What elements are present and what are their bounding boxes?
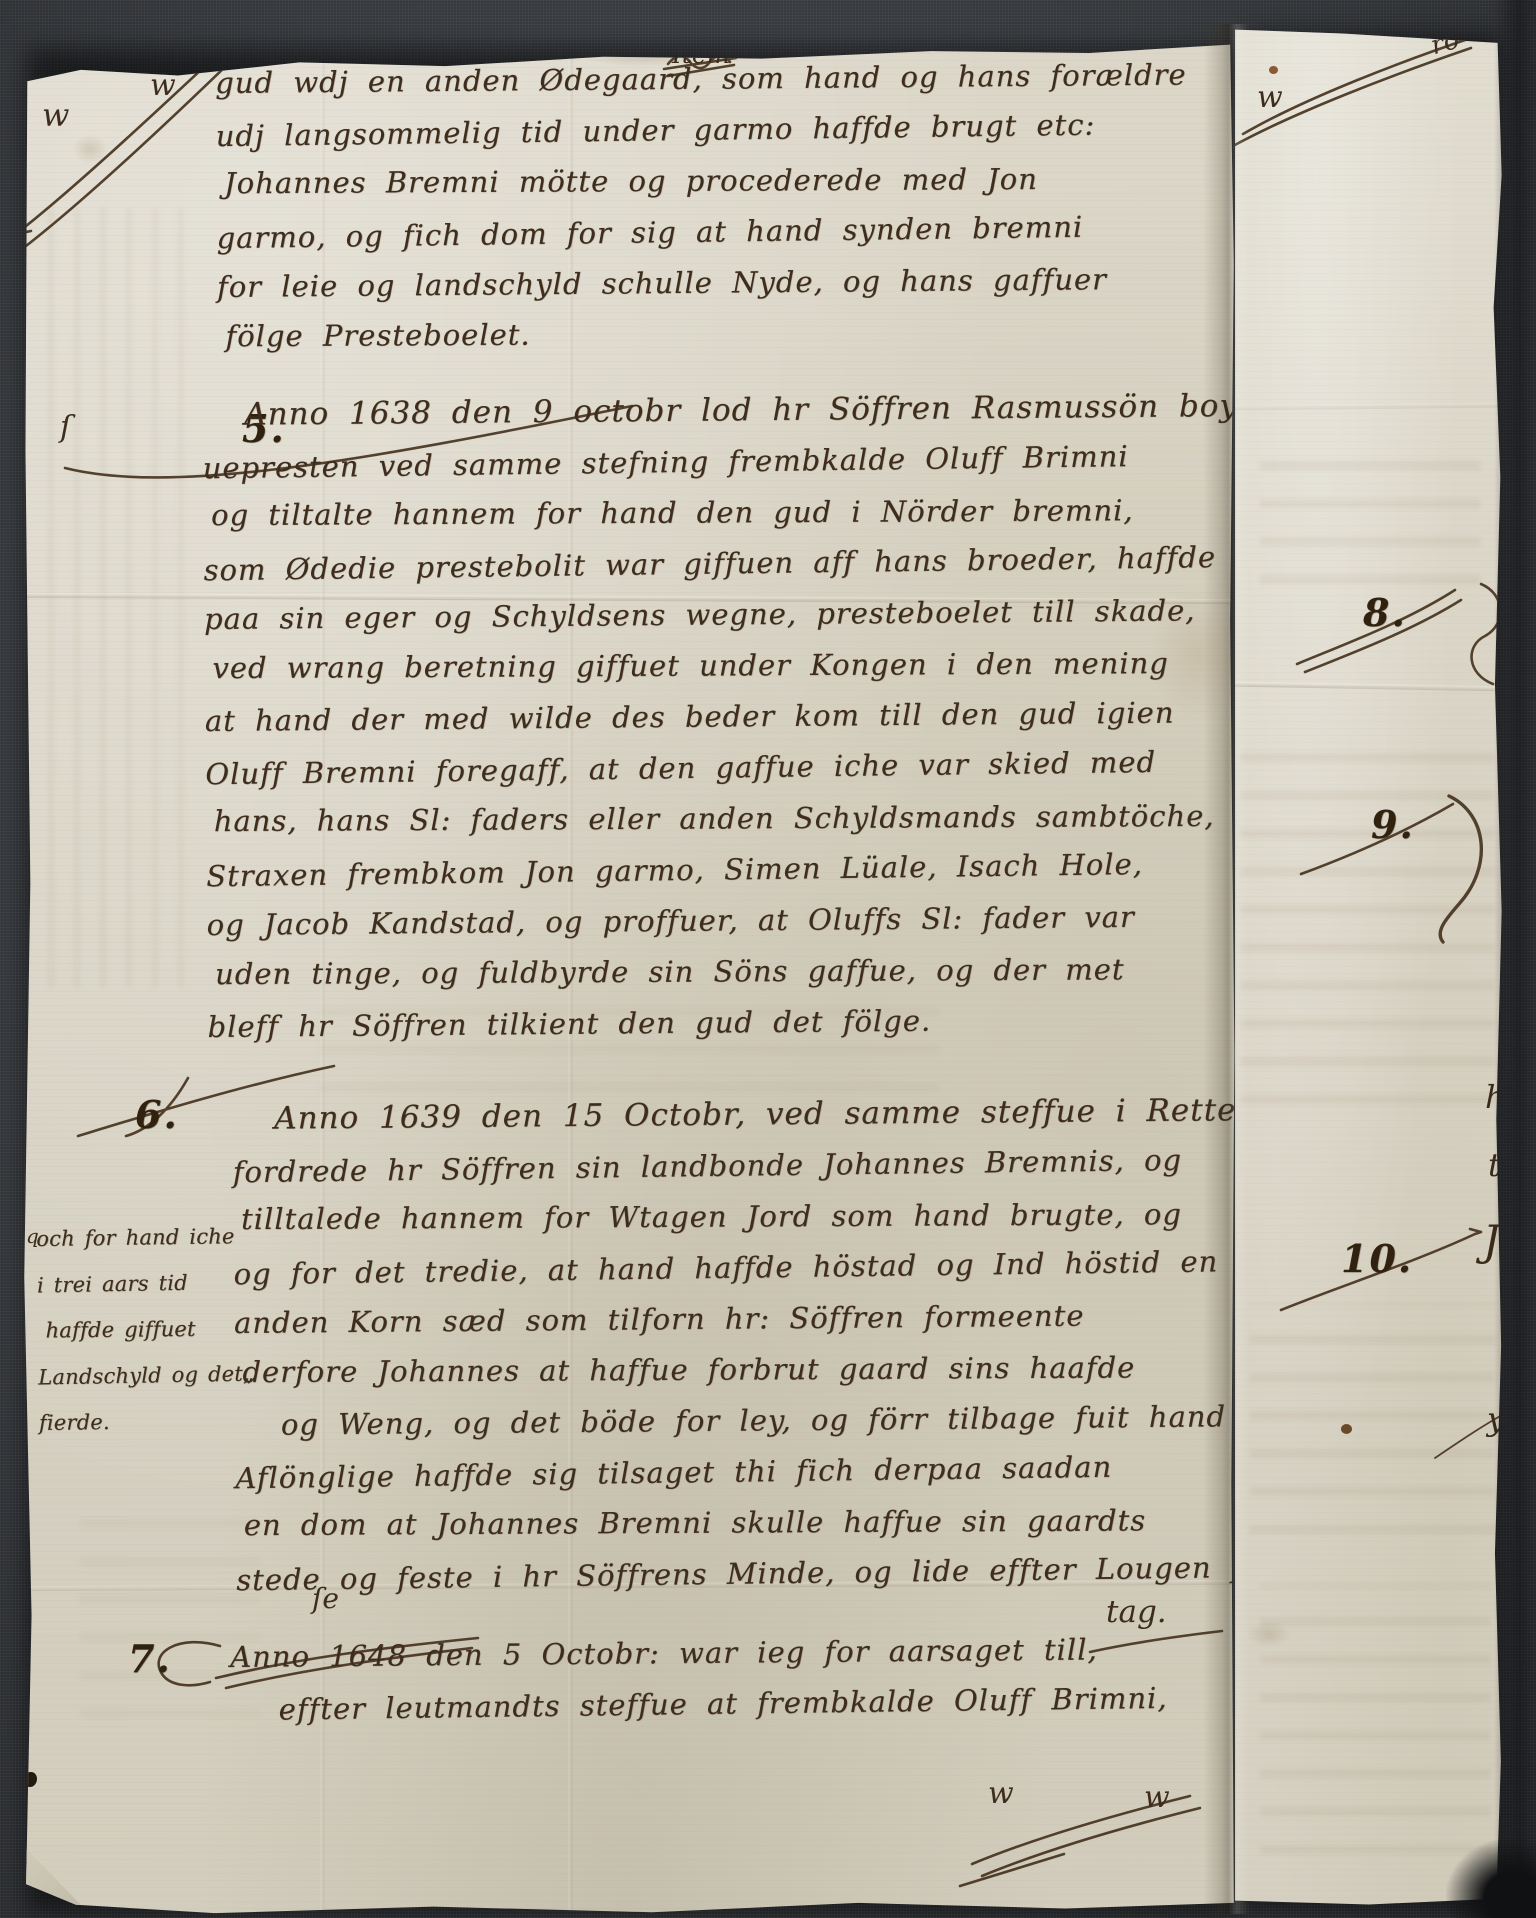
page-fold-shadow (1203, 24, 1249, 1914)
handwriting-line: en dom at Johannes Bremni skulle haffue … (244, 1495, 1276, 1551)
handwriting-line: bleff hr Söffren tilkient den gud det fö… (207, 993, 1255, 1053)
section-number-7: 7. (128, 1636, 172, 1681)
edge-mark: ſ (60, 410, 71, 445)
handwriting-line: fölge Presteboelet. (225, 306, 1189, 362)
handwriting-line: udj langsommelig tid under garmo haffde … (215, 98, 1187, 162)
margin-note: och for hand ichei trei aars tidhaffde g… (36, 1213, 255, 1446)
intro-paragraph: gud wdj en anden Ødegaard, som hand og h… (215, 50, 1189, 364)
section6-paragraph: Anno 1639 den 15 Octobr, ved samme steff… (232, 1085, 1276, 1604)
handwriting-line: tilltalede hannem for Wtagen Jord som ha… (241, 1189, 1273, 1245)
handwriting-line: Landschyld og det„ (38, 1351, 255, 1401)
flourish-w-squiggle: w (988, 1776, 1014, 1811)
manuscript-page-right: w ro 8. 9. 10. h t J y (1235, 24, 1503, 1912)
section9-swash (1440, 796, 1481, 942)
handwriting-line: fierde. (39, 1397, 255, 1446)
handwriting-line: Johannes Bremni mötte og procederede med… (224, 153, 1188, 209)
flourish-w-squiggle: w (1144, 1780, 1170, 1815)
handwriting-line: for leie og landschyld schulle Nyde, og … (217, 254, 1189, 313)
pen-flourish-layer (1235, 24, 1503, 1912)
flourish-w-squiggle: w (42, 96, 69, 134)
manuscript-page-left: w w w w Item gud wdj en anden Ødegaard, … (20, 38, 1235, 1916)
manuscript-photo: w w w w Item gud wdj en anden Ødegaard, … (0, 0, 1536, 1918)
section-number-9: 9. (1371, 802, 1415, 847)
section-number-6: 6. (135, 1092, 179, 1137)
handwriting-line: derfore Johannes at haffue forbrut gaard… (242, 1342, 1274, 1398)
section-number-8: 8. (1363, 590, 1407, 635)
bottom-flourish-stroke (960, 1854, 1064, 1886)
section-number-10: 10. (1341, 1236, 1413, 1281)
interline-mark: ſe (312, 1582, 339, 1615)
handwriting-line: och for hand iche (36, 1213, 252, 1262)
handwriting-line: ved wrang beretning giffuet under Kongen… (212, 638, 1251, 694)
top-left-flourish-stroke (20, 54, 218, 234)
top-left-flourish-stroke (26, 66, 226, 246)
handwriting-line: haffde giffuet (45, 1305, 253, 1353)
section5-paragraph: Anno 1638 den 9 octobr lod hr Söffren Ra… (202, 381, 1255, 1053)
handwriting-line: effter leutmandts steffue at frembkalde … (278, 1673, 1167, 1736)
handwriting-line: i trei aars tid (37, 1259, 254, 1309)
handwriting-line: uden tinge, og fuldbyrde sin Söns gaffue… (215, 944, 1254, 1000)
corner-shadow (1446, 1838, 1536, 1918)
right-edge-shadow (1494, 0, 1536, 1918)
flourish-w-squiggle: w (1257, 80, 1283, 115)
section7-paragraph: Anno 1648 den 5 Octobr: war ieg for aars… (230, 1624, 1168, 1734)
